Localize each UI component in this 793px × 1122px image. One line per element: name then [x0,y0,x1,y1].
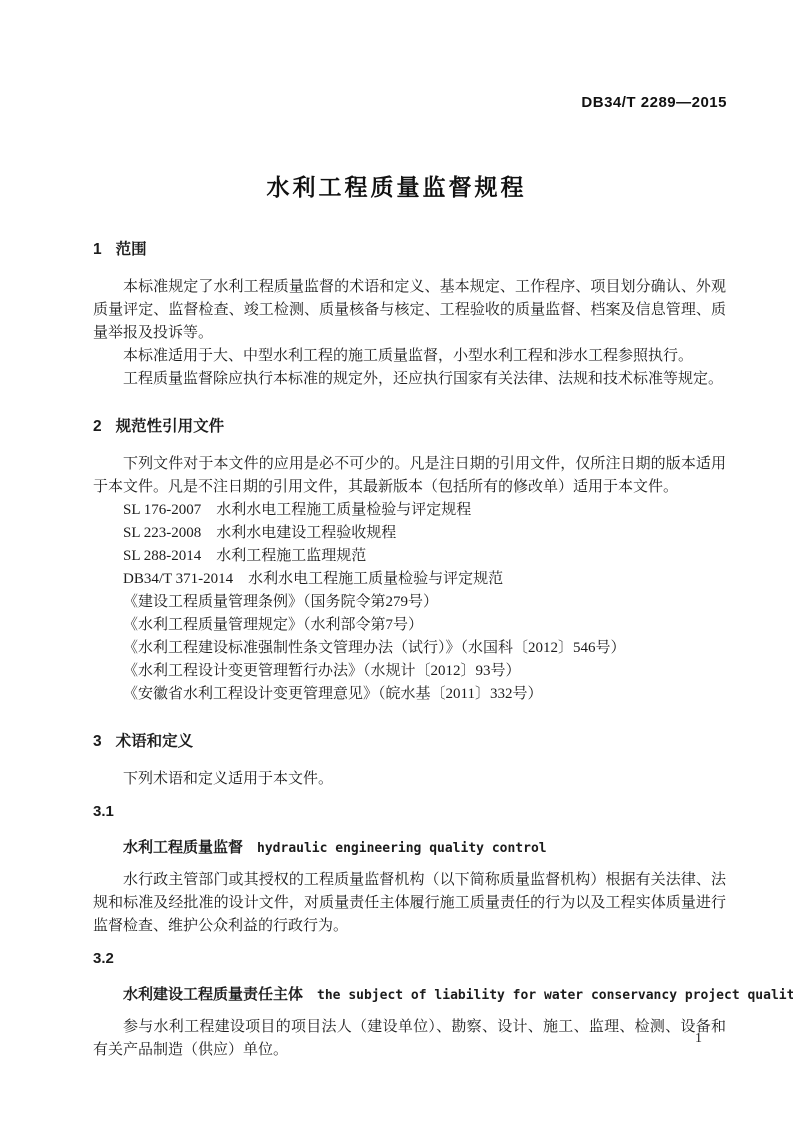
term-name-cn: 水利建设工程质量责任主体 [123,986,303,1003]
term-3-1-number: 3.1 [93,803,726,821]
section-number: 1 [93,241,102,258]
term-definition: 参与水利工程建设项目的项目法人（建设单位）、勘察、设计、施工、监理、检测、设备和… [93,1016,726,1062]
reference-item: 《水利工程建设标准强制性条文管理办法（试行）》（水国科〔2012〕546号） [93,637,726,660]
doc-number: DB34/T 2289—2015 [581,94,727,111]
paragraph: 本标准规定了水利工程质量监督的术语和定义、基本规定、工作程序、项目划分确认、外观… [93,276,726,345]
section-1-heading: 1范围 [93,241,726,259]
term-3-2-line: 水利建设工程质量责任主体the subject of liability for… [93,983,726,1007]
section-number: 3 [93,733,102,750]
reference-item: 《水利工程设计变更管理暂行办法》（水规计〔2012〕93号） [93,660,726,683]
section-title: 范围 [116,241,147,258]
page-number: 1 [695,1031,702,1047]
reference-item: 《安徽省水利工程设计变更管理意见》（皖水基〔2011〕332号） [93,683,726,706]
reference-item: SL 176-2007 水利水电工程施工质量检验与评定规程 [93,499,726,522]
term-definition: 水行政主管部门或其授权的工程质量监督机构（以下简称质量监督机构）根据有关法律、法… [93,869,726,938]
section-title: 术语和定义 [116,733,194,750]
section-number: 2 [93,418,102,435]
paragraph: 下列文件对于本文件的应用是必不可少的。凡是注日期的引用文件，仅所注日期的版本适用… [93,453,726,499]
document-body: 1范围 本标准规定了水利工程质量监督的术语和定义、基本规定、工作程序、项目划分确… [93,241,726,1074]
paragraph: 工程质量监督除应执行本标准的规定外，还应执行国家有关法律、法规和技术标准等规定。 [93,368,726,391]
reference-item: 《水利工程质量管理规定》（水利部令第7号） [93,614,726,637]
reference-item: SL 288-2014 水利工程施工监理规范 [93,545,726,568]
term-name-cn: 水利工程质量监督 [123,839,243,856]
document-page: DB34/T 2289—2015 水利工程质量监督规程 1范围 本标准规定了水利… [0,0,793,1122]
paragraph: 下列术语和定义适用于本文件。 [93,768,726,791]
reference-list: SL 176-2007 水利水电工程施工质量检验与评定规程 SL 223-200… [93,499,726,706]
section-title: 规范性引用文件 [116,418,225,435]
term-name-en: hydraulic engineering quality control [257,841,547,856]
section-3-heading: 3术语和定义 [93,733,726,751]
section-2-heading: 2规范性引用文件 [93,418,726,436]
term-3-2-number: 3.2 [93,950,726,968]
reference-item: SL 223-2008 水利水电建设工程验收规程 [93,522,726,545]
term-3-1-line: 水利工程质量监督hydraulic engineering quality co… [93,836,726,860]
document-title: 水利工程质量监督规程 [0,169,793,202]
term-name-en: the subject of liability for water conse… [317,988,793,1003]
reference-item: 《建设工程质量管理条例》（国务院令第279号） [93,591,726,614]
reference-item: DB34/T 371-2014 水利水电工程施工质量检验与评定规范 [93,568,726,591]
paragraph: 本标准适用于大、中型水利工程的施工质量监督，小型水利工程和涉水工程参照执行。 [93,345,726,368]
